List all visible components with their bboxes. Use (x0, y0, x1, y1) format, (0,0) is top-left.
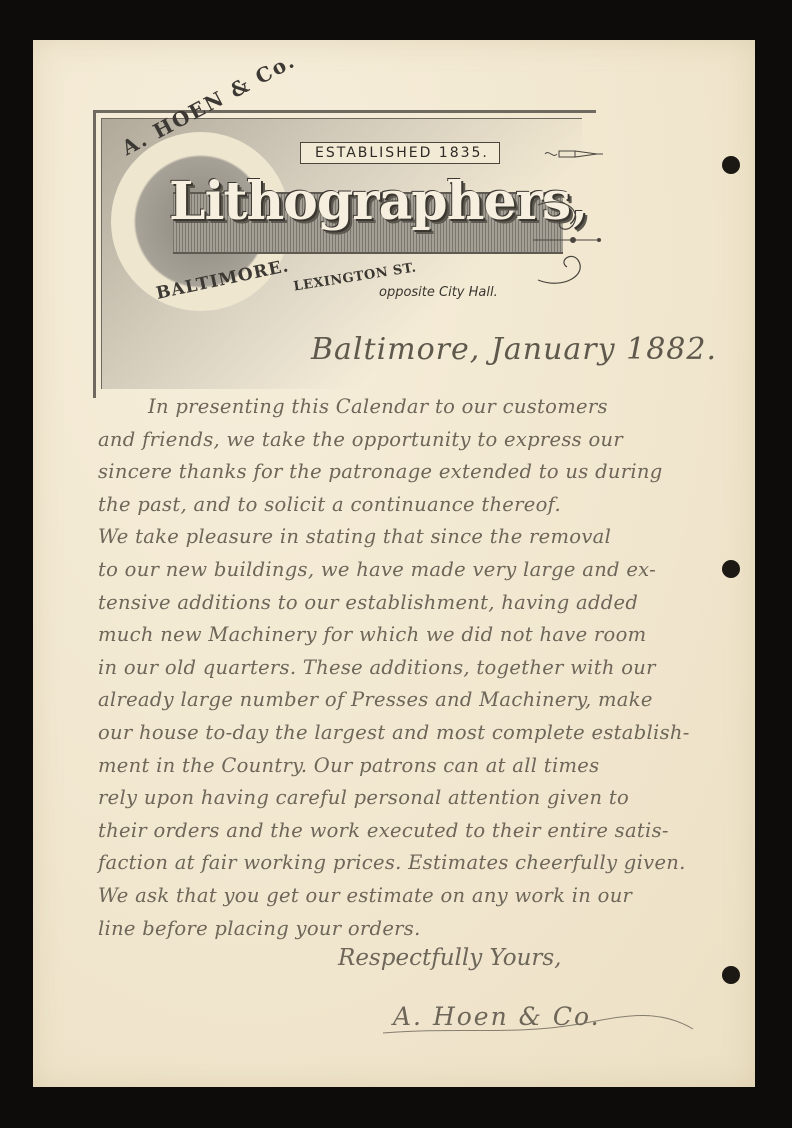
punch-hole (722, 156, 740, 174)
body-line: their orders and the work executed to th… (98, 819, 669, 842)
punch-hole (722, 966, 740, 984)
closing: Respectfully Yours, (338, 945, 562, 971)
established-banner: ESTABLISHED 1835. (300, 142, 500, 164)
body-line: line before placing your orders. (98, 917, 421, 940)
body-line: already large number of Presses and Mach… (98, 688, 653, 711)
body-line: much new Machinery for which we did not … (98, 623, 646, 646)
body-line: in our old quarters. These additions, to… (98, 656, 656, 679)
body-line: our house to-day the largest and most co… (98, 721, 690, 744)
body-line: In presenting this Calendar to our custo… (148, 395, 608, 418)
signature: A. Hoen & Co. (393, 1002, 601, 1031)
body-line: and friends, we take the opportunity to … (98, 428, 623, 451)
body-line: rely upon having careful personal attent… (98, 786, 629, 809)
body-line: faction at fair working prices. Estimate… (98, 851, 686, 874)
pen-nib-icon (543, 148, 603, 160)
letter-page: A. HOEN & Co. BALTIMORE. ESTABLISHED 183… (33, 40, 755, 1087)
body-line: We take pleasure in stating that since t… (98, 525, 611, 548)
flourish-ornament-icon (533, 185, 603, 295)
body-line: to our new buildings, we have made very … (98, 558, 656, 581)
location-note: opposite City Hall. (379, 285, 498, 300)
body-line: We ask that you get our estimate on any … (98, 884, 632, 907)
body-line: the past, and to solicit a continuance t… (98, 493, 561, 516)
body-line: tensive additions to our establishment, … (98, 591, 638, 614)
body-line: ment in the Country. Our patrons can at … (98, 754, 599, 777)
punch-hole (722, 560, 740, 578)
body-line: sincere thanks for the patronage extende… (98, 460, 663, 483)
letterhead-title: Lithographers, (169, 176, 587, 228)
dateline: Baltimore, January 1882. (311, 332, 717, 367)
